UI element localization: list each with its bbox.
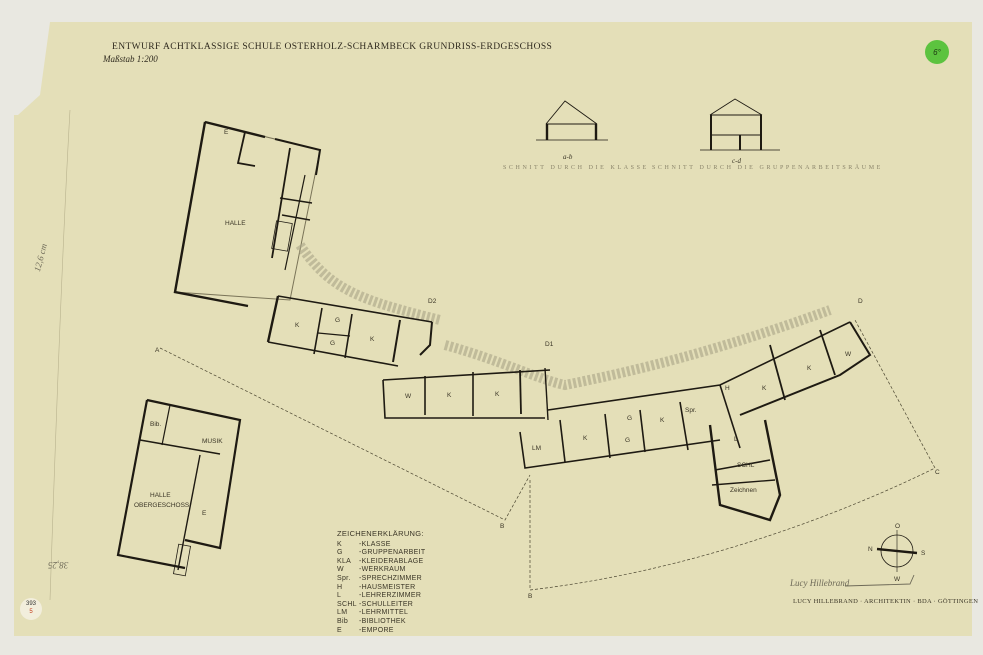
svg-text:E: E: [202, 510, 207, 517]
svg-text:H: H: [725, 385, 730, 392]
drawing-title: ENTWURF ACHTKLASSIGE SCHULE OSTERHOLZ-SC…: [112, 42, 552, 52]
section-c-d: [700, 99, 780, 150]
svg-text:L: L: [734, 436, 738, 443]
legend-item: G-GRUPPENARBEIT: [337, 549, 425, 558]
compass-icon: [877, 530, 917, 572]
svg-text:D: D: [858, 298, 863, 305]
legend: ZEICHENERKLÄRUNG: K-KLASSE G-GRUPPENARBE…: [337, 530, 425, 635]
section-a-b: [536, 101, 608, 140]
svg-text:Bib.: Bib.: [150, 421, 161, 428]
drawing-scale: Maßstab 1:200: [103, 54, 158, 64]
svg-text:G: G: [330, 340, 335, 347]
archive-stamp: 393 5: [20, 598, 42, 620]
legend-item: L-LEHRERZIMMER: [337, 592, 425, 601]
svg-text:G: G: [335, 317, 340, 324]
svg-text:K: K: [583, 435, 588, 442]
drawing-sheet: O W N S HALLE K G G K W K K LM K G G K S…: [0, 0, 983, 655]
svg-text:HALLE: HALLE: [225, 220, 246, 227]
architect-credit: LUCY HILLEBRAND · ARCHITEKTIN · BDA · GÖ…: [793, 598, 978, 605]
svg-text:C: C: [935, 469, 940, 476]
svg-text:K: K: [762, 385, 767, 392]
legend-item: E-EMPORE: [337, 627, 425, 636]
svg-text:B: B: [500, 523, 504, 530]
svg-text:D1: D1: [545, 341, 554, 348]
legend-item: LM-LEHRMITTEL: [337, 609, 425, 618]
halle-block: [175, 122, 320, 306]
legend-item: K-KLASSE: [337, 541, 425, 550]
svg-text:K: K: [447, 392, 452, 399]
svg-text:D2: D2: [428, 298, 437, 305]
svg-text:Zeichnen: Zeichnen: [730, 487, 757, 494]
section-label-a-b: a-b: [563, 153, 572, 161]
svg-text:G: G: [627, 415, 632, 422]
section-label-c-d: c-d: [732, 157, 741, 165]
svg-text:W: W: [405, 393, 412, 400]
halle-og-block: [118, 400, 240, 576]
svg-text:W: W: [894, 576, 901, 583]
svg-text:K: K: [660, 417, 665, 424]
svg-text:W: W: [845, 351, 852, 358]
legend-title: ZEICHENERKLÄRUNG:: [337, 530, 425, 539]
svg-text:K: K: [295, 322, 300, 329]
legend-item: Bib-BIBLIOTHEK: [337, 618, 425, 627]
svg-text:G: G: [625, 437, 630, 444]
legend-item: W-WERKRAUM: [337, 566, 425, 575]
svg-text:K: K: [807, 365, 812, 372]
legend-item: Spr.-SPRECHZIMMER: [337, 575, 425, 584]
section-caption-a-b: SCHNITT DURCH DIE KLASSE: [503, 165, 649, 171]
svg-text:K: K: [370, 336, 375, 343]
signature: Lucy Hillebrand: [790, 578, 849, 588]
svg-text:Spr.: Spr.: [685, 407, 697, 414]
legend-item: H-HAUSMEISTER: [337, 584, 425, 593]
svg-text:S: S: [921, 550, 926, 557]
svg-text:O: O: [895, 523, 900, 530]
svg-text:K: K: [495, 391, 500, 398]
legend-item: KLA-KLEIDERABLAGE: [337, 558, 425, 567]
svg-text:LM: LM: [532, 445, 541, 452]
margin-note-bottom: 38,25: [48, 560, 68, 570]
svg-text:SCHL: SCHL: [737, 462, 755, 469]
legend-item: SCHL-SCHULLEITER: [337, 601, 425, 610]
svg-text:A: A: [155, 347, 160, 354]
section-caption-c-d: SCHNITT DURCH DIE GRUPPENARBEITSRÄUME: [652, 165, 883, 171]
svg-text:HALLE: HALLE: [150, 492, 171, 499]
svg-text:B: B: [528, 593, 532, 600]
svg-text:OBERGESCHOSS: OBERGESCHOSS: [134, 502, 190, 509]
svg-text:N: N: [868, 546, 873, 553]
svg-text:E: E: [224, 129, 229, 136]
svg-text:MUSIK: MUSIK: [202, 438, 223, 445]
sheet-badge: 6°: [925, 40, 949, 64]
wing-west: [268, 296, 432, 366]
floor-plan-drawing: O W N S HALLE K G G K W K K LM K G G K S…: [0, 0, 983, 655]
